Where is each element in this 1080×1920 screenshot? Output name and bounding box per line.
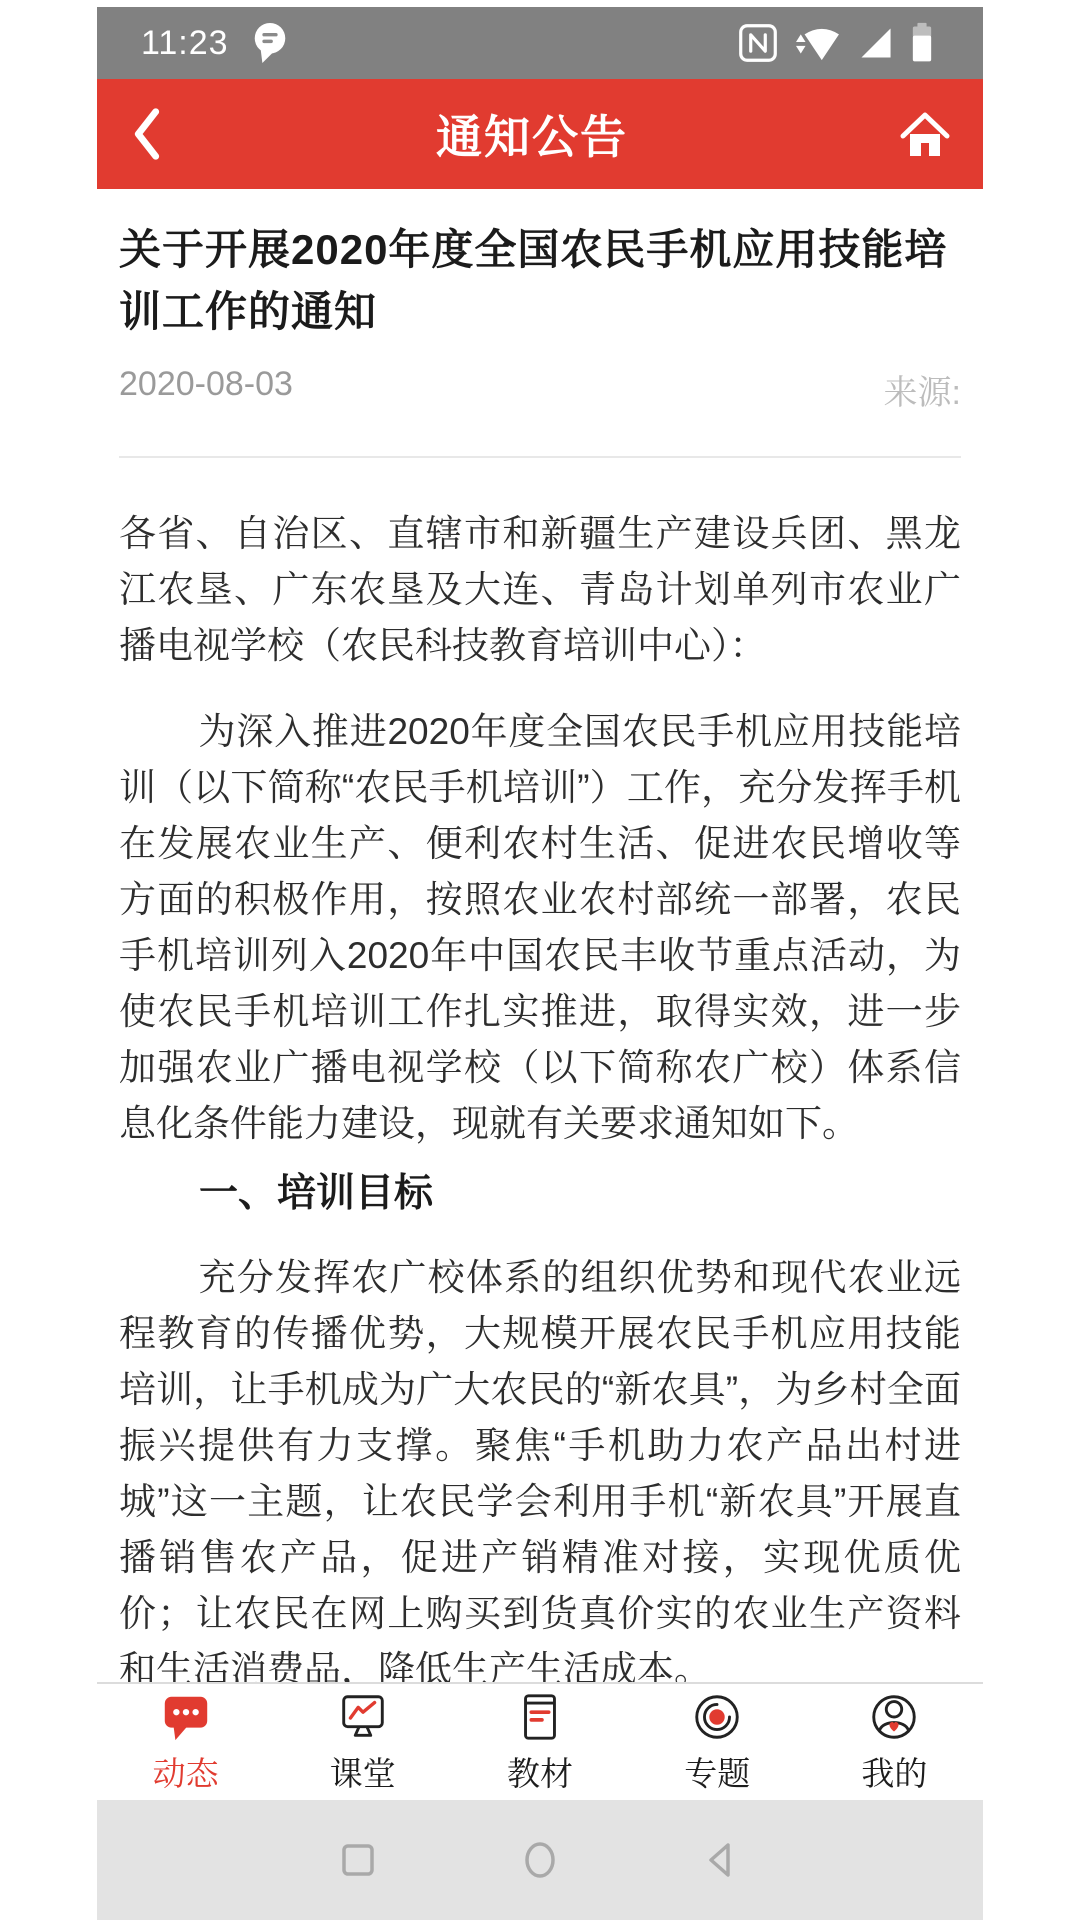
- status-icons: [738, 21, 935, 65]
- wifi-icon: [791, 22, 843, 64]
- back-triangle-icon: [698, 1836, 746, 1884]
- chat-bubble-icon: [159, 1690, 213, 1744]
- paragraph-salutation: 各省、自治区、直辖市和新疆生产建设兵团、黑龙江农垦、广东农垦及大连、青岛计划单列…: [119, 506, 961, 674]
- home-nav-button[interactable]: [516, 1836, 564, 1884]
- tab-label: 我的: [861, 1748, 927, 1795]
- article-meta: 2020-08-03 来源:: [119, 355, 961, 404]
- home-button[interactable]: [897, 108, 953, 160]
- tab-label: 课堂: [330, 1748, 396, 1795]
- status-bar: 11:23: [97, 7, 983, 79]
- divider: [119, 456, 961, 458]
- app-header: 通知公告: [97, 79, 983, 189]
- home-circle-icon: [516, 1836, 564, 1884]
- target-icon: [690, 1690, 744, 1744]
- tab-bar: 动态 课堂 教材 专题: [97, 1682, 983, 1800]
- tab-ketang[interactable]: 课堂: [274, 1684, 451, 1800]
- recents-icon: [334, 1836, 382, 1884]
- article-scroll-area[interactable]: 关于开展2020年度全国农民手机应用技能培训工作的通知 2020-08-03 来…: [97, 189, 983, 1682]
- phone-frame: 11:23: [97, 7, 983, 1920]
- battery-icon: [909, 21, 935, 65]
- paragraph: 充分发挥农广校体系的组织优势和现代农业远程教育的传播优势，大规模开展农民手机应用…: [119, 1250, 961, 1682]
- profile-icon: [867, 1690, 921, 1744]
- signal-icon: [856, 23, 896, 63]
- page-title: 通知公告: [167, 101, 897, 167]
- tab-jiaocai[interactable]: 教材: [451, 1684, 628, 1800]
- back-nav-button[interactable]: [698, 1836, 746, 1884]
- tab-zhuanti[interactable]: 专题: [629, 1684, 806, 1800]
- message-icon: [249, 20, 291, 66]
- tab-dongtai[interactable]: 动态: [97, 1684, 274, 1800]
- home-icon: [897, 108, 953, 160]
- article-date: 2020-08-03: [119, 365, 293, 404]
- back-button[interactable]: [127, 103, 167, 165]
- recents-button[interactable]: [334, 1836, 382, 1884]
- article-title: 关于开展2020年度全国农民手机应用技能培训工作的通知: [119, 219, 961, 343]
- tab-label: 专题: [684, 1748, 750, 1795]
- system-nav-bar: [97, 1800, 983, 1920]
- tab-label: 动态: [153, 1748, 219, 1795]
- section-heading-1: 一、培训目标: [199, 1168, 961, 1220]
- nfc-icon: [738, 23, 778, 63]
- back-icon: [127, 103, 167, 165]
- clock: 11:23: [141, 24, 229, 63]
- article-source-label: 来源:: [884, 365, 961, 414]
- tab-label: 教材: [507, 1748, 573, 1795]
- paragraph: 为深入推进2020年度全国农民手机应用技能培训（以下简称“农民手机培训”）工作，…: [119, 704, 961, 1152]
- monitor-chart-icon: [336, 1690, 390, 1744]
- tab-wode[interactable]: 我的: [806, 1684, 983, 1800]
- textbook-icon: [513, 1690, 567, 1744]
